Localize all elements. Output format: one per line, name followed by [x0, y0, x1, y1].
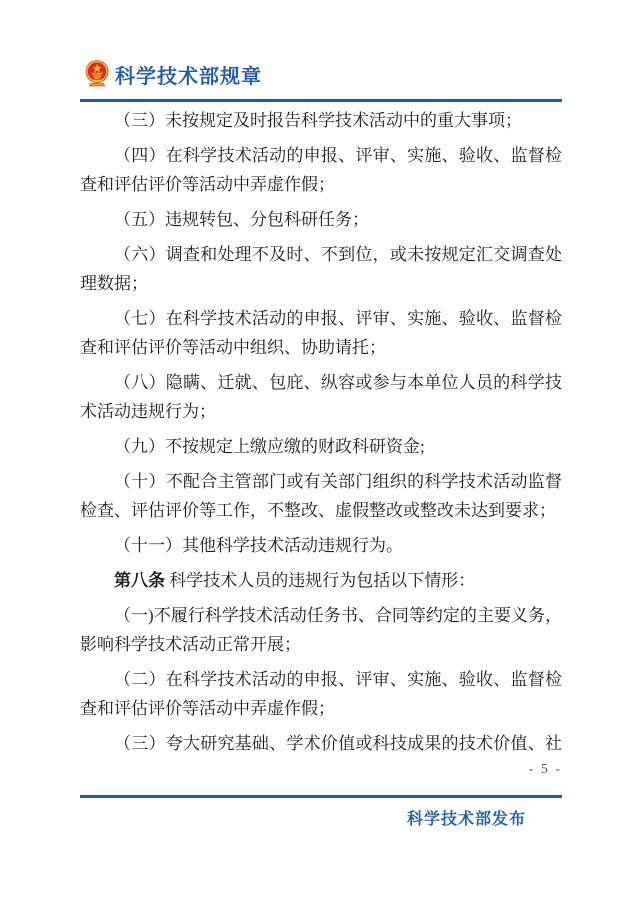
- text-line: 查和评估评价等活动中弄虚作假；: [80, 694, 562, 723]
- paragraph: （八）隐瞒、迁就、包庇、纵容或参与本单位人员的科学技术活动违规行为；: [80, 368, 562, 426]
- text-line: 理数据；: [80, 269, 562, 298]
- text-line: 检查、评估评价等工作，不整改、虚假整改或整改未达到要求；: [80, 496, 562, 525]
- document-page: 科学技术部规章 （三）未按规定及时报告科学技术活动中的重大事项；（四）在科学技术…: [0, 0, 640, 905]
- text-line: （十一）其他科学技术活动违规行为。: [80, 531, 562, 560]
- text-line: 第八条 科学技术人员的违规行为包括以下情形：: [80, 566, 562, 595]
- paragraph: （三）夸大研究基础、学术价值或科技成果的技术价值、社: [80, 729, 562, 758]
- text-line: （九）不按规定上缴应缴的财政科研资金;: [80, 432, 562, 461]
- document-body: （三）未按规定及时报告科学技术活动中的重大事项；（四）在科学技术活动的申报、评审…: [80, 106, 562, 764]
- text-line: 查和评估评价等活动中弄虚作假；: [80, 170, 562, 199]
- text-line: 查和评估评价等活动中组织、协助请托；: [80, 333, 562, 362]
- paragraph: （六）调查和处理不及时、不到位，或未按规定汇交调查处理数据；: [80, 240, 562, 298]
- text-line: （五）违规转包、分包科研任务；: [80, 205, 562, 234]
- text-line: （八）隐瞒、迁就、包庇、纵容或参与本单位人员的科学技: [80, 368, 562, 397]
- text-line: （一)不履行科学技术活动任务书、合同等约定的主要义务，: [80, 601, 562, 630]
- paragraph: （一)不履行科学技术活动任务书、合同等约定的主要义务，影响科学技术活动正常开展；: [80, 601, 562, 659]
- paragraph: （十一）其他科学技术活动违规行为。: [80, 531, 562, 560]
- text-line: （三）夸大研究基础、学术价值或科技成果的技术价值、社: [80, 729, 562, 758]
- text-line: （三）未按规定及时报告科学技术活动中的重大事项；: [80, 106, 562, 135]
- text-line: （六）调查和处理不及时、不到位，或未按规定汇交调查处: [80, 240, 562, 269]
- paragraph: （五）违规转包、分包科研任务；: [80, 205, 562, 234]
- text-line: （四）在科学技术活动的申报、评审、实施、验收、监督检: [80, 141, 562, 170]
- text-line: 影响科学技术活动正常开展；: [80, 630, 562, 659]
- footer-divider-line: [80, 795, 562, 798]
- text-line: （二）在科学技术活动的申报、评审、实施、验收、监督检: [80, 665, 562, 694]
- article-heading: 第八条: [114, 571, 165, 590]
- paragraph: （四）在科学技术活动的申报、评审、实施、验收、监督检查和评估评价等活动中弄虚作假…: [80, 141, 562, 199]
- page-number: - 5 -: [529, 762, 562, 778]
- paragraph: （三）未按规定及时报告科学技术活动中的重大事项；: [80, 106, 562, 135]
- paragraph: （九）不按规定上缴应缴的财政科研资金;: [80, 432, 562, 461]
- page-header-title: 科学技术部规章: [115, 60, 262, 89]
- paragraph: 第八条 科学技术人员的违规行为包括以下情形：: [80, 566, 562, 595]
- paragraph: （七）在科学技术活动的申报、评审、实施、验收、监督检查和评估评价等活动中组织、协…: [80, 304, 562, 362]
- paragraph: （二）在科学技术活动的申报、评审、实施、验收、监督检查和评估评价等活动中弄虚作假…: [80, 665, 562, 723]
- header-divider-line: [80, 99, 562, 102]
- page-header: 科学技术部规章: [84, 59, 562, 89]
- china-national-emblem-icon: [84, 59, 110, 89]
- text-line: （七）在科学技术活动的申报、评审、实施、验收、监督检: [80, 304, 562, 333]
- text-line: （十）不配合主管部门或有关部门组织的科学技术活动监督: [80, 467, 562, 496]
- text-line: 术活动违规行为；: [80, 397, 562, 426]
- paragraph: （十）不配合主管部门或有关部门组织的科学技术活动监督检查、评估评价等工作，不整改…: [80, 467, 562, 525]
- footer-publisher: 科学技术部发布: [407, 806, 526, 829]
